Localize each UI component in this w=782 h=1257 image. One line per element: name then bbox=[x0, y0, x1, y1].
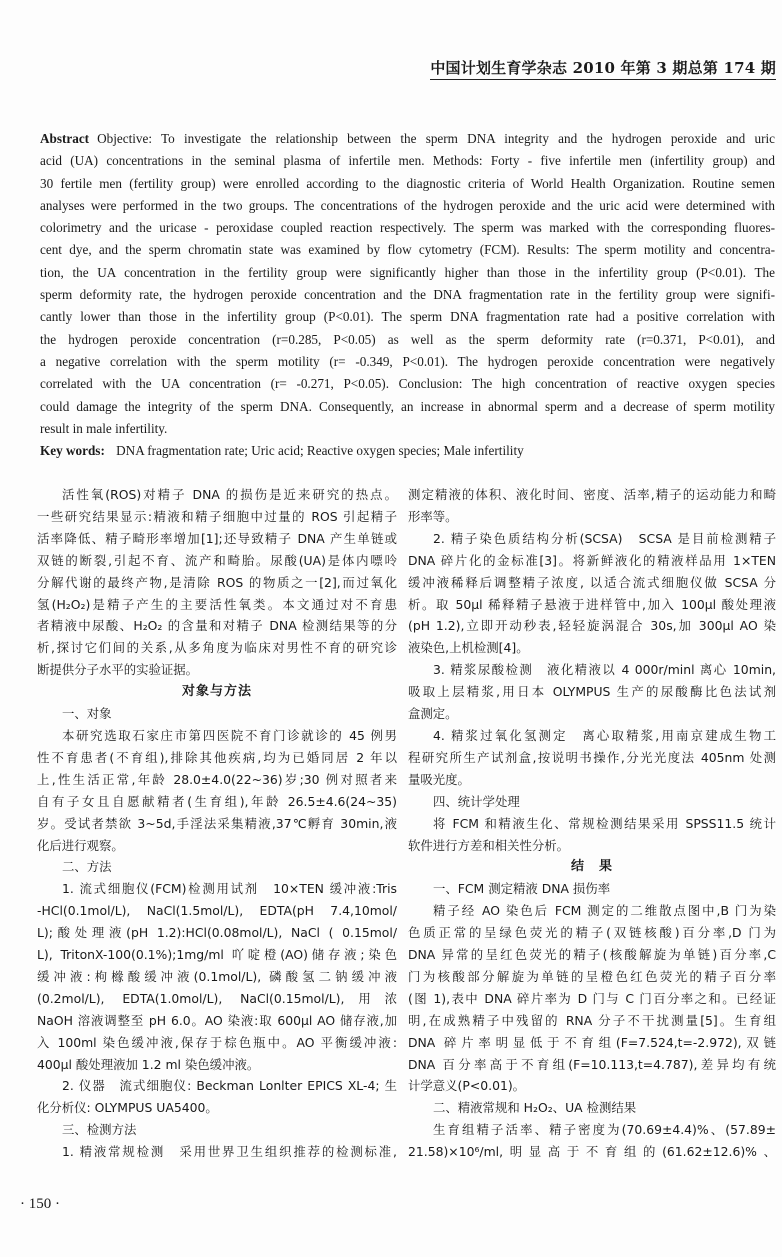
right-column: 测定精液的体积、液化时间、密度、活率,精子的运动能力和畸 形率等。 2. 精子染… bbox=[408, 484, 776, 1163]
res1-line: 精子经 AO 染色后 FCM 测定的二维散点图中,B 门为染 bbox=[408, 900, 776, 922]
h2o2-line: 量吸光度。 bbox=[408, 769, 776, 791]
method1-line: 1. 精液常规检测 采用世界卫生组织推荐的检测标准, bbox=[37, 1141, 397, 1163]
res1-line: 色质正常的呈绿色荧光的精子(双链核酸)百分率,D 门为 bbox=[408, 922, 776, 944]
page-number: · 150 · bbox=[20, 1196, 60, 1213]
method1-cont-line: 测定精液的体积、液化时间、密度、活率,精子的运动能力和畸 bbox=[408, 484, 776, 506]
abstract-line: tion, the UA concentration in the fertil… bbox=[40, 262, 775, 284]
subjects-line: 化后进行观察。 bbox=[37, 835, 397, 857]
intro-line: 分解代谢的最终产物,是清除 ROS 的物质之一[2],而过氧化 bbox=[37, 572, 397, 594]
abstract-line: could damage the integrity of the sperm … bbox=[40, 396, 775, 418]
subheading-statistics: 四、统计学处理 bbox=[408, 791, 776, 813]
abstract-line: AbstractObjective: To investigate the re… bbox=[40, 128, 775, 150]
abstract-line: the hydrogen peroxide concentration (r=0… bbox=[40, 329, 775, 351]
abstract-line: cent dye, and the sperm chromatin state … bbox=[40, 239, 775, 261]
intro-line: 析,探讨它们间的关系,从多角度为临床对男性不育的研究诊 bbox=[37, 637, 397, 659]
abstract-block: AbstractObjective: To investigate the re… bbox=[40, 128, 775, 462]
ua-line: 盒测定。 bbox=[408, 703, 776, 725]
subjects-line: 岁。受试者禁欲 3~5d,手淫法采集精液,37℃孵育 30min,液 bbox=[37, 813, 397, 835]
instruments-line: 化分析仪: OLYMPUS UA5400。 bbox=[37, 1097, 397, 1119]
subheading-semen-results: 二、精液常规和 H₂O₂、UA 检测结果 bbox=[408, 1097, 776, 1119]
subjects-line: 性不育患者(不育组),排除其他疾病,均为已婚同居 2 年以 bbox=[37, 747, 397, 769]
abstract-line: 30 fertile men (fertility group) were en… bbox=[40, 173, 775, 195]
abstract-line: correlated with the UA concentration (r=… bbox=[40, 373, 775, 395]
res1-line: 门为核酸部分解旋为单链的呈橙色红色荧光的精子百分率 bbox=[408, 966, 776, 988]
subjects-line: 上,性生活正常,年龄 28.0±4.0(22~36)岁;30 例对照者来 bbox=[37, 769, 397, 791]
res2-line: 21.58)×10⁶/ml,明显高于不育组的(61.62±12.6)%、 bbox=[408, 1141, 776, 1163]
reagents-line: 缓冲液:枸橼酸缓冲液(0.1mol/L), 磷酸氢二钠缓冲液 bbox=[37, 966, 397, 988]
abstract-line: colorimetry and the uricase - peroxidase… bbox=[40, 217, 775, 239]
res1-line: DNA 碎片率明显低于不育组(F=7.524,t=-2.972),双链 bbox=[408, 1032, 776, 1054]
reagents-line: L);酸处理液(pH 1.2):HCl(0.08mol/L), NaCl ( 0… bbox=[37, 922, 397, 944]
intro-line: 氢(H₂O₂)是精子产生的主要活性氧类。本文通过对不育患 bbox=[37, 594, 397, 616]
reagents-line: NaOH 溶液调整至 pH 6.0。AO 染液:取 600μl AO 储存液,加 bbox=[37, 1010, 397, 1032]
reagents-line: (0.2mol/L), EDTA(1.0mol/L), NaCl(0.15mol… bbox=[37, 988, 397, 1010]
scsa-line: 缓冲液稀释后调整精子浓度, 以适合流式细胞仪做 SCSA 分 bbox=[408, 572, 776, 594]
h2o2-line: 程研究所生产试剂盒,按说明书操作,分光光度法 405nm 处测 bbox=[408, 747, 776, 769]
stats-line: 将 FCM 和精液生化、常规检测结果采用 SPSS11.5 统计 bbox=[408, 813, 776, 835]
reagents-line: L), TritonX-100(0.1%);1mg/ml 吖啶橙(AO)储存液;… bbox=[37, 944, 397, 966]
section-heading-methods: 对象与方法 bbox=[37, 681, 397, 703]
method1-cont-line: 形率等。 bbox=[408, 506, 776, 528]
section-heading-results: 结 果 bbox=[408, 856, 776, 878]
subheading-methods: 二、方法 bbox=[37, 856, 397, 878]
scsa-line: 析。取 50μl 稀释精子悬液于进样管中,加入 100μl 酸处理液 bbox=[408, 594, 776, 616]
intro-line: 断提供分子水平的实验证据。 bbox=[37, 659, 397, 681]
res1-line: DNA 异常的呈红色荧光的精子(核酸解旋为单链)百分率,C bbox=[408, 944, 776, 966]
abstract-line: result in male infertility. bbox=[40, 418, 775, 440]
instruments-line: 2. 仪器 流式细胞仪: Beckman Lonlter EPICS XL-4;… bbox=[37, 1075, 397, 1097]
subheading-detection-methods: 三、检测方法 bbox=[37, 1119, 397, 1141]
keywords-label: Key words: bbox=[40, 443, 105, 458]
subheading-fcm-results: 一、FCM 测定精液 DNA 损伤率 bbox=[408, 878, 776, 900]
keywords-line: Key words: DNA fragmentation rate; Uric … bbox=[40, 440, 775, 462]
keywords-text: DNA fragmentation rate; Uric acid; React… bbox=[116, 443, 524, 458]
res1-line: (图 1),表中 DNA 碎片率为 D 门与 C 门百分率之和。已经证 bbox=[408, 988, 776, 1010]
scsa-line: (pH 1.2),立即开动秒表,轻轻旋涡混合 30s,加 300μl AO 染 bbox=[408, 615, 776, 637]
intro-line: 活性氧(ROS)对精子 DNA 的损伤是近来研究的热点。 bbox=[37, 484, 397, 506]
intro-line: 者精液中尿酸、H₂O₂ 的含量和对精子 DNA 检测结果等的分 bbox=[37, 615, 397, 637]
journal-running-header: 中国计划生育学杂志 2010 年第 3 期总第 174 期 bbox=[430, 57, 776, 80]
ua-line: 3. 精浆尿酸检测 液化精液以 4 000r/minl 离心 10min, bbox=[408, 659, 776, 681]
h2o2-line: 4. 精浆过氧化氢测定 离心取精浆,用南京建成生物工 bbox=[408, 725, 776, 747]
subjects-line: 自有子女且自愿献精者(生育组),年龄 26.5±4.6(24~35) bbox=[37, 791, 397, 813]
reagents-line: 1. 流式细胞仪(FCM)检测用试剂 10×TEN 缓冲液:Tris bbox=[37, 878, 397, 900]
reagents-line: 400μl 酸处理液加 1.2 ml 染色缓冲液。 bbox=[37, 1054, 397, 1076]
abstract-line: a negative correlation with the sperm mo… bbox=[40, 351, 775, 373]
res1-line: 计学意义(P<0.01)。 bbox=[408, 1075, 776, 1097]
intro-line: 双链的断裂,引起不育、流产和畸胎。尿酸(UA)是体内嘌呤 bbox=[37, 550, 397, 572]
abstract-label: Abstract bbox=[40, 131, 89, 146]
scsa-line: DNA 碎片化的金标准[3]。将新鲜液化的精液样品用 1×TEN bbox=[408, 550, 776, 572]
stats-line: 软件进行方差和相关性分析。 bbox=[408, 835, 776, 857]
abstract-line: cantly lower than those in the infertili… bbox=[40, 306, 775, 328]
reagents-line: 入 100ml 染色缓冲液,保存于棕色瓶中。AO 平衡缓冲液: bbox=[37, 1032, 397, 1054]
subjects-line: 本研究选取石家庄市第四医院不育门诊就诊的 45 例男 bbox=[37, 725, 397, 747]
intro-line: 活率降低、精子畸形率增加[1];还导致精子 DNA 产生单链或 bbox=[37, 528, 397, 550]
res1-line: 明,在成熟精子中残留的 RNA 分子不干扰测量[5]。生育组 bbox=[408, 1010, 776, 1032]
scsa-line: 2. 精子染色质结构分析(SCSA) SCSA 是目前检测精子 bbox=[408, 528, 776, 550]
ua-line: 吸取上层精浆,用日本 OLYMPUS 生产的尿酸酶比色法试剂 bbox=[408, 681, 776, 703]
abstract-line: sperm deformity rate, the hydrogen perox… bbox=[40, 284, 775, 306]
res2-line: 生育组精子活率、精子密度为(70.69±4.4)%、(57.89± bbox=[408, 1119, 776, 1141]
intro-line: 一些研究结果显示:精液和精子细胞中过量的 ROS 引起精子 bbox=[37, 506, 397, 528]
subheading-subjects: 一、对象 bbox=[37, 703, 397, 725]
scsa-line: 液染色,上机检测[4]。 bbox=[408, 637, 776, 659]
abstract-line: analyses were performed in the two group… bbox=[40, 195, 775, 217]
left-column: 活性氧(ROS)对精子 DNA 的损伤是近来研究的热点。 一些研究结果显示:精液… bbox=[37, 484, 397, 1163]
res1-line: DNA 百分率高于不育组(F=10.113,t=4.787),差异均有统 bbox=[408, 1054, 776, 1076]
reagents-line: -HCl(0.1mol/L), NaCl(1.5mol/L), EDTA(pH … bbox=[37, 900, 397, 922]
abstract-line: acid (UA) concentrations in the seminal … bbox=[40, 150, 775, 172]
